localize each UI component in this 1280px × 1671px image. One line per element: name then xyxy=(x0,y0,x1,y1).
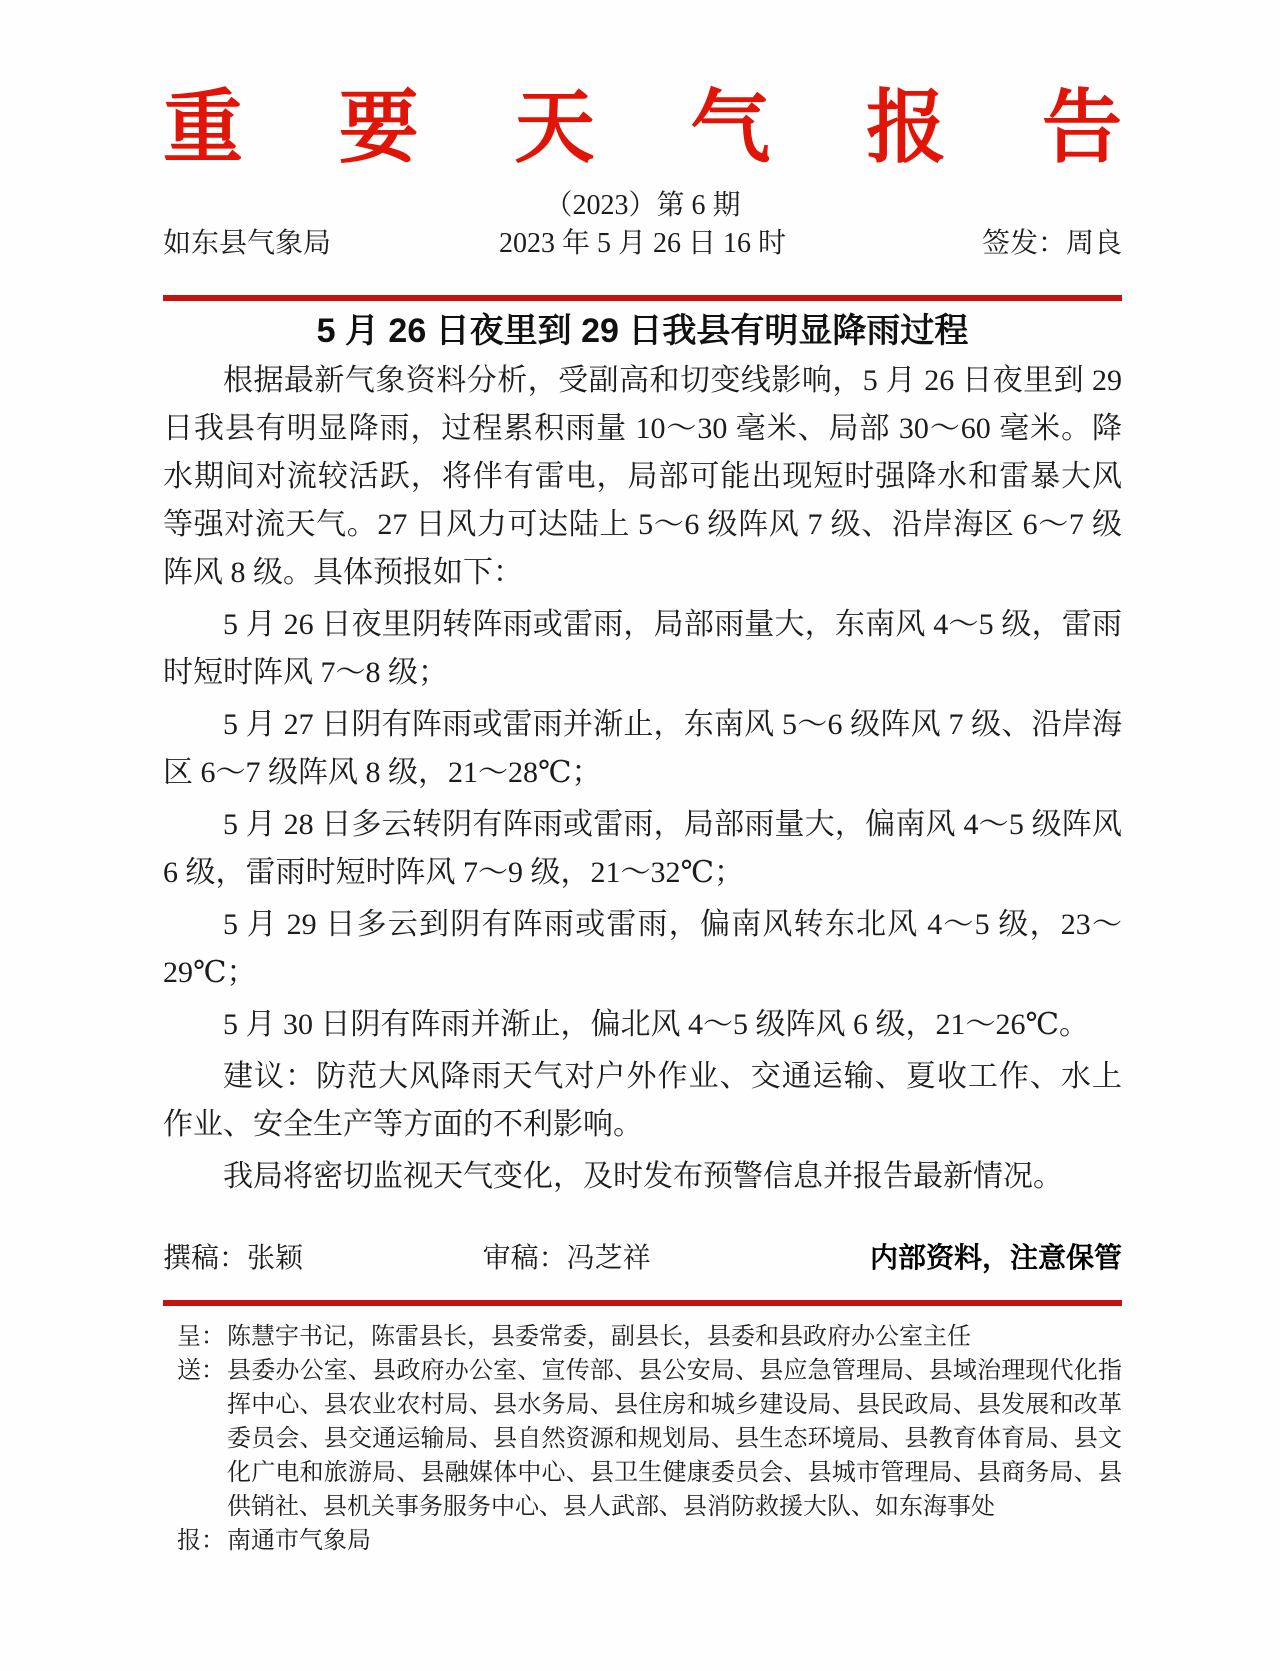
issue-datetime: 2023 年 5 月 26 日 16 时 xyxy=(499,229,786,259)
paragraph-forecast-30: 5 月 30 日阴有阵雨并渐止，偏北风 4～5 级阵风 6 级，21～26℃。 xyxy=(163,1001,1122,1049)
distribution-label: 报： xyxy=(177,1524,227,1558)
document-footer: 撰稿：张颖 审稿：冯芝祥 内部资料，注意保管 呈： 陈慧宇书记，陈雷县长，县委常… xyxy=(163,1241,1122,1558)
drafter-name: 撰稿：张颖 xyxy=(163,1242,483,1276)
issuer-name: 签发：周良 xyxy=(786,229,1122,259)
distribution-label: 呈： xyxy=(177,1320,227,1354)
paragraph-forecast-27: 5 月 27 日阴有阵雨或雷雨并渐止，东南风 5～6 级阵风 7 级、沿岸海区 … xyxy=(163,701,1122,797)
issue-number: （2023）第 6 期 xyxy=(163,191,1122,221)
distribution-text: 县委办公室、县政府办公室、宣传部、县公安局、县应急管理局、县域治理现代化指挥中心… xyxy=(227,1354,1122,1524)
distribution-label: 送： xyxy=(177,1354,227,1524)
sign-row: 撰稿：张颖 审稿：冯芝祥 内部资料，注意保管 xyxy=(163,1241,1122,1276)
distribution-row-bao: 报： 南通市气象局 xyxy=(177,1524,1122,1558)
paragraph-forecast-29: 5 月 29 日多云到阴有阵雨或雷雨，偏南风转东北风 4～5 级，23～29℃； xyxy=(163,901,1122,997)
paragraph-overview: 根据最新气象资料分析，受副高和切变线影响，5 月 26 日夜里到 29 日我县有… xyxy=(163,357,1122,597)
footer-divider xyxy=(163,1300,1122,1306)
weather-report-document: 重要天气报告 （2023）第 6 期 如东县气象局 2023 年 5 月 26 … xyxy=(0,0,1280,1671)
paragraph-forecast-28: 5 月 28 日多云转阴有阵雨或雷雨，局部雨量大，偏南风 4～5 级阵风 6 级… xyxy=(163,801,1122,897)
distribution-list: 呈： 陈慧宇书记，陈雷县长，县委常委，副县长，县委和县政府办公室主任 送： 县委… xyxy=(163,1320,1122,1558)
reviewer-name: 审稿：冯芝祥 xyxy=(483,1242,832,1276)
distribution-text: 陈慧宇书记，陈雷县长，县委常委，副县长，县委和县政府办公室主任 xyxy=(227,1320,1122,1354)
paragraph-closing: 我局将密切监视天气变化，及时发布预警信息并报告最新情况。 xyxy=(163,1153,1122,1201)
report-body: 5 月 26 日夜里到 29 日我县有明显降雨过程 根据最新气象资料分析，受副高… xyxy=(163,309,1122,1201)
distribution-row-cheng: 呈： 陈慧宇书记，陈雷县长，县委常委，副县长，县委和县政府办公室主任 xyxy=(177,1320,1122,1354)
paragraph-forecast-26: 5 月 26 日夜里阴转阵雨或雷雨，局部雨量大，东南风 4～5 级，雷雨时短时阵… xyxy=(163,601,1122,697)
internal-use-notice: 内部资料，注意保管 xyxy=(831,1241,1122,1275)
paragraph-advice: 建议：防范大风降雨天气对户外作业、交通运输、夏收工作、水上作业、安全生产等方面的… xyxy=(163,1053,1122,1149)
distribution-row-song: 送： 县委办公室、县政府办公室、宣传部、县公安局、县应急管理局、县域治理现代化指… xyxy=(177,1354,1122,1524)
meta-row: 如东县气象局 2023 年 5 月 26 日 16 时 签发：周良 xyxy=(163,229,1122,259)
document-header: 重要天气报告 （2023）第 6 期 如东县气象局 2023 年 5 月 26 … xyxy=(163,80,1122,301)
report-title: 重要天气报告 xyxy=(163,80,1122,175)
agency-name: 如东县气象局 xyxy=(163,229,499,259)
header-divider xyxy=(163,295,1122,301)
report-headline: 5 月 26 日夜里到 29 日我县有明显降雨过程 xyxy=(163,309,1122,353)
distribution-text: 南通市气象局 xyxy=(227,1524,1122,1558)
